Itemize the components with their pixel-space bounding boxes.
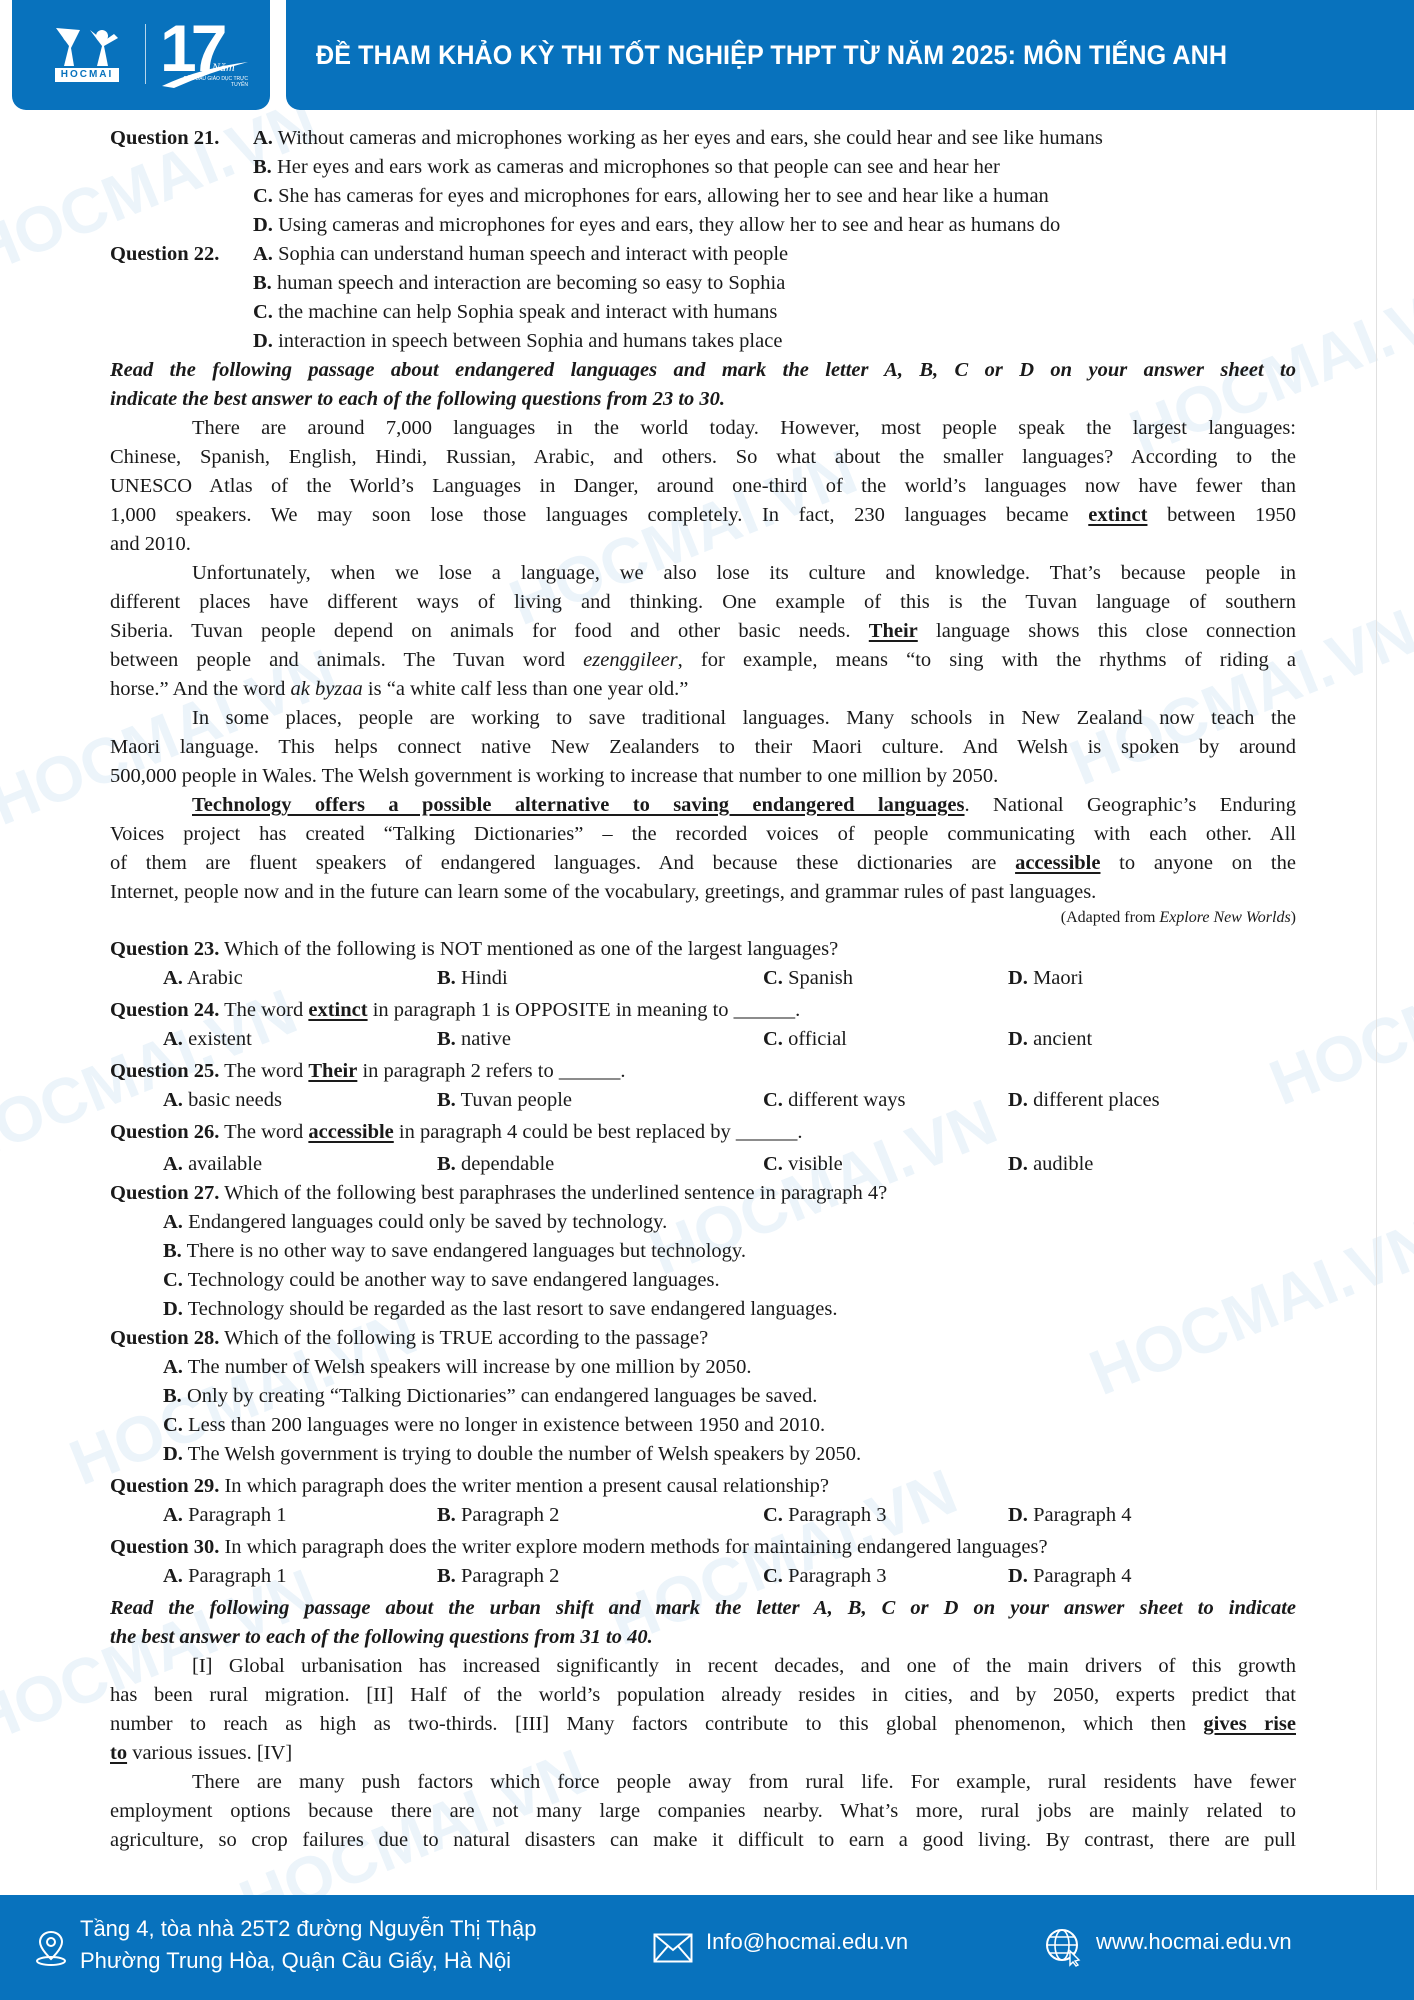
question-25: Question 25. The word Their in paragraph… [110, 1057, 1296, 1086]
question-label: Question 22. [110, 240, 253, 269]
option[interactable]: D. ancient [1008, 1025, 1092, 1054]
passage-line: Technology offers a possible alternative… [110, 791, 1296, 820]
option[interactable]: A. Paragraph 1 [163, 1562, 437, 1591]
option-letter: A. [253, 127, 273, 149]
option[interactable]: B. dependable [437, 1150, 763, 1179]
question-label: Question 24. [110, 999, 219, 1021]
section-instruction: the best answer to each of the following… [110, 1623, 1296, 1652]
text: ) [1291, 909, 1296, 926]
option[interactable]: A. The number of Welsh speakers will inc… [110, 1353, 1296, 1382]
passage-line: number to reach as high as two-thirds. [… [110, 1710, 1296, 1739]
text: of them are fluent speakers of endangere… [110, 852, 1015, 874]
question-label: Question 25. [110, 1060, 219, 1082]
passage-line: agriculture, so crop failures due to nat… [110, 1826, 1296, 1855]
exam-content: Question 21.A. Without cameras and micro… [110, 124, 1296, 1855]
question-26: Question 26. The word accessible in para… [110, 1118, 1296, 1147]
option[interactable]: C. Paragraph 3 [763, 1562, 1008, 1591]
text: between 1950 [1147, 504, 1296, 526]
source-title: Explore New Worlds [1159, 909, 1290, 926]
question-label: Question 30. [110, 1536, 219, 1558]
option[interactable]: D. Technology should be regarded as the … [110, 1295, 1296, 1324]
question-23: Question 23. Which of the following is N… [110, 935, 1296, 964]
text: 1,000 speakers. We may soon lose those l… [110, 504, 1088, 526]
option-text: the machine can help Sophia speak and in… [278, 301, 777, 323]
options-row: A. existent B. native C. official D. anc… [110, 1025, 1296, 1054]
option[interactable]: D. different places [1008, 1086, 1160, 1115]
passage-line: Siberia. Tuvan people depend on animals … [110, 617, 1296, 646]
footer-email-link[interactable]: Info@hocmai.edu.vn [706, 1929, 908, 1955]
location-pin-icon [34, 1929, 68, 1967]
passage-line: of them are fluent speakers of endangere… [110, 849, 1296, 878]
highlighted-phrase-gives-rise-to: gives rise [1203, 1713, 1296, 1735]
option[interactable]: D. Paragraph 4 [1008, 1562, 1132, 1591]
option[interactable]: A. available [163, 1150, 437, 1179]
section-instruction: Read the following passage about the urb… [110, 1594, 1296, 1623]
option-text: human speech and interaction are becomin… [277, 272, 785, 294]
option: B. Her eyes and ears work as cameras and… [110, 153, 1296, 182]
footer-address: Tầng 4, tòa nhà 25T2 đường Nguyễn Thị Th… [80, 1913, 536, 1977]
option[interactable]: A. Paragraph 1 [163, 1501, 437, 1530]
section-instruction: Read the following passage about endange… [110, 356, 1296, 385]
option[interactable]: C. Less than 200 languages were no longe… [110, 1411, 1296, 1440]
option-letter: A. [253, 243, 273, 265]
option[interactable]: A. existent [163, 1025, 437, 1054]
text: various issues. [IV] [127, 1742, 292, 1764]
text: to anyone on the [1100, 852, 1296, 874]
option-letter: C. [253, 185, 273, 207]
question-stem: Which of the following is NOT mentioned … [219, 938, 838, 960]
option[interactable]: B. Paragraph 2 [437, 1501, 763, 1530]
option[interactable]: C. Paragraph 3 [763, 1501, 1008, 1530]
option[interactable]: A. Arabic [163, 964, 437, 993]
option-text: She has cameras for eyes and microphones… [278, 185, 1049, 207]
passage-line: There are many push factors which force … [110, 1768, 1296, 1797]
option[interactable]: B. Hindi [437, 964, 763, 993]
options-row: A. Arabic B. Hindi C. Spanish D. Maori [110, 964, 1296, 993]
page-header: ĐỀ THAM KHẢO KỲ THI TỐT NGHIỆP THPT TỪ N… [286, 0, 1414, 110]
question-30: Question 30. In which paragraph does the… [110, 1533, 1296, 1562]
footer-website-link[interactable]: www.hocmai.edu.vn [1096, 1929, 1292, 1955]
options-row: A. Paragraph 1 B. Paragraph 2 C. Paragra… [110, 1501, 1296, 1530]
option[interactable]: D. audible [1008, 1150, 1093, 1179]
question-stem: In which paragraph does the writer menti… [219, 1475, 829, 1497]
option: B. human speech and interaction are beco… [110, 269, 1296, 298]
passage-line: employment options because there are not… [110, 1797, 1296, 1826]
passage-source: (Adapted from Explore New Worlds) [110, 907, 1296, 929]
logo-divider [145, 24, 146, 84]
anniversary-word: Năm [212, 60, 235, 75]
mail-icon [653, 1933, 693, 1963]
option[interactable]: C. official [763, 1025, 1008, 1054]
address-line-1: Tầng 4, tòa nhà 25T2 đường Nguyễn Thị Th… [80, 1913, 536, 1945]
brand-logo[interactable]: HOCMAI 17 Năm DẪN ĐẦU GIÁO DỤC TRỰC TUYẾ… [12, 0, 270, 110]
highlighted-word: extinct [308, 999, 367, 1021]
text: is “a white calf less than one year old.… [363, 678, 689, 700]
option[interactable]: B. Only by creating “Talking Dictionarie… [110, 1382, 1296, 1411]
text: (Adapted from [1061, 909, 1160, 926]
question-28: Question 28. Which of the following is T… [110, 1324, 1296, 1353]
question-label: Question 29. [110, 1475, 219, 1497]
question-24: Question 24. The word extinct in paragra… [110, 996, 1296, 1025]
question-stem: Which of the following is TRUE according… [219, 1327, 708, 1349]
globe-icon [1044, 1927, 1084, 1967]
options-row: A. available B. dependable C. visible D.… [110, 1150, 1296, 1179]
text: language shows this close connection [918, 620, 1296, 642]
option[interactable]: B. native [437, 1025, 763, 1054]
question-label: Question 27. [110, 1182, 219, 1204]
question-label: Question 23. [110, 938, 219, 960]
logo-wordmark: HOCMAI [55, 68, 119, 82]
question-29: Question 29. In which paragraph does the… [110, 1472, 1296, 1501]
question-22: Question 22.A. Sophia can understand hum… [110, 240, 1296, 269]
option[interactable]: C. different ways [763, 1086, 1008, 1115]
question-label: Question 28. [110, 1327, 219, 1349]
options-row: A. basic needs B. Tuvan people C. differ… [110, 1086, 1296, 1115]
option: D. interaction in speech between Sophia … [110, 327, 1296, 356]
option[interactable]: D. Maori [1008, 964, 1083, 993]
passage-line: In some places, people are working to sa… [110, 704, 1296, 733]
address-line-2: Phường Trung Hòa, Quận Cầu Giấy, Hà Nội [80, 1945, 536, 1977]
highlighted-word-extinct: extinct [1088, 504, 1147, 526]
italic-term: ak byzaa [290, 678, 362, 700]
option: C. She has cameras for eyes and micropho… [110, 182, 1296, 211]
italic-term: ezenggileer [583, 649, 678, 671]
option[interactable]: A. Endangered languages could only be sa… [110, 1208, 1296, 1237]
option[interactable]: C. Spanish [763, 964, 1008, 993]
logo-tagline: DẪN ĐẦU GIÁO DỤC TRỰC TUYẾN [182, 76, 248, 88]
page-title: ĐỀ THAM KHẢO KỲ THI TỐT NGHIỆP THPT TỪ N… [316, 40, 1227, 71]
passage-line: Internet, people now and in the future c… [110, 878, 1296, 907]
option-text: Using cameras and microphones for eyes a… [278, 214, 1060, 236]
option: C. the machine can help Sophia speak and… [110, 298, 1296, 327]
passage-line: between people and animals. The Tuvan wo… [110, 646, 1296, 675]
option-text: Without cameras and microphones working … [278, 127, 1103, 149]
highlighted-word: Their [308, 1060, 357, 1082]
passage-line: has been rural migration. [II] Half of t… [110, 1681, 1296, 1710]
option-letter: D. [253, 214, 273, 236]
text: Siberia. Tuvan people depend on animals … [110, 620, 869, 642]
page-footer: Tầng 4, tòa nhà 25T2 đường Nguyễn Thị Th… [0, 1895, 1414, 2000]
passage-line: 1,000 speakers. We may soon lose those l… [110, 501, 1296, 530]
question-label: Question 21. [110, 124, 253, 153]
passage-line: UNESCO Atlas of the World’s Languages in… [110, 472, 1296, 501]
question-27: Question 27. Which of the following best… [110, 1179, 1296, 1208]
text: . National Geographic’s Enduring [965, 794, 1296, 816]
highlighted-phrase-gives-rise-to: to [110, 1742, 127, 1764]
option[interactable]: C. visible [763, 1150, 1008, 1179]
text: number to reach as high as two-thirds. [… [110, 1713, 1203, 1735]
highlighted-word-their: Their [869, 620, 918, 642]
passage-line: and 2010. [110, 530, 1296, 559]
option-letter: B. [253, 272, 272, 294]
option-letter: B. [253, 156, 272, 178]
option[interactable]: B. There is no other way to save endange… [110, 1237, 1296, 1266]
option[interactable]: C. Technology could be another way to sa… [110, 1266, 1296, 1295]
text: horse.” And the word [110, 678, 290, 700]
text: , for example, means “to sing with the r… [678, 649, 1296, 671]
highlighted-word: accessible [308, 1121, 393, 1143]
page-margin-line [1376, 110, 1377, 1890]
passage-line: [I] Global urbanisation has increased si… [110, 1652, 1296, 1681]
options-row: A. Paragraph 1 B. Paragraph 2 C. Paragra… [110, 1562, 1296, 1591]
passage-line: different places have different ways of … [110, 588, 1296, 617]
passage-line: Voices project has created “Talking Dict… [110, 820, 1296, 849]
passage-line: Unfortunately, when we lose a language, … [110, 559, 1296, 588]
passage-line: Chinese, Spanish, English, Hindi, Russia… [110, 443, 1296, 472]
option[interactable]: B. Tuvan people [437, 1086, 763, 1115]
passage-line: There are around 7,000 languages in the … [110, 414, 1296, 443]
passage-line: Maori language. This helps connect nativ… [110, 733, 1296, 762]
option-letter: D. [253, 330, 273, 352]
passage-line: horse.” And the word ak byzaa is “a whit… [110, 675, 1296, 704]
option-text: Her eyes and ears work as cameras and mi… [277, 156, 1000, 178]
text: between people and animals. The Tuvan wo… [110, 649, 583, 671]
passage-line: 500,000 people in Wales. The Welsh gover… [110, 762, 1296, 791]
option-text: interaction in speech between Sophia and… [278, 330, 782, 352]
option: D. Using cameras and microphones for eye… [110, 211, 1296, 240]
option-letter: C. [253, 301, 273, 323]
option[interactable]: B. Paragraph 2 [437, 1562, 763, 1591]
underlined-sentence: Technology offers a possible alternative… [192, 794, 965, 816]
question-stem: In which paragraph does the writer explo… [219, 1536, 1047, 1558]
option-text: Sophia can understand human speech and i… [278, 243, 788, 265]
option[interactable]: D. Paragraph 4 [1008, 1501, 1132, 1530]
question-stem: Which of the following best paraphrases … [219, 1182, 887, 1204]
passage-line: to various issues. [IV] [110, 1739, 1296, 1768]
section-instruction: indicate the best answer to each of the … [110, 385, 1296, 414]
question-21: Question 21.A. Without cameras and micro… [110, 124, 1296, 153]
question-label: Question 26. [110, 1121, 219, 1143]
highlighted-word-accessible: accessible [1015, 852, 1100, 874]
option[interactable]: D. The Welsh government is trying to dou… [110, 1440, 1296, 1469]
option[interactable]: A. basic needs [163, 1086, 437, 1115]
